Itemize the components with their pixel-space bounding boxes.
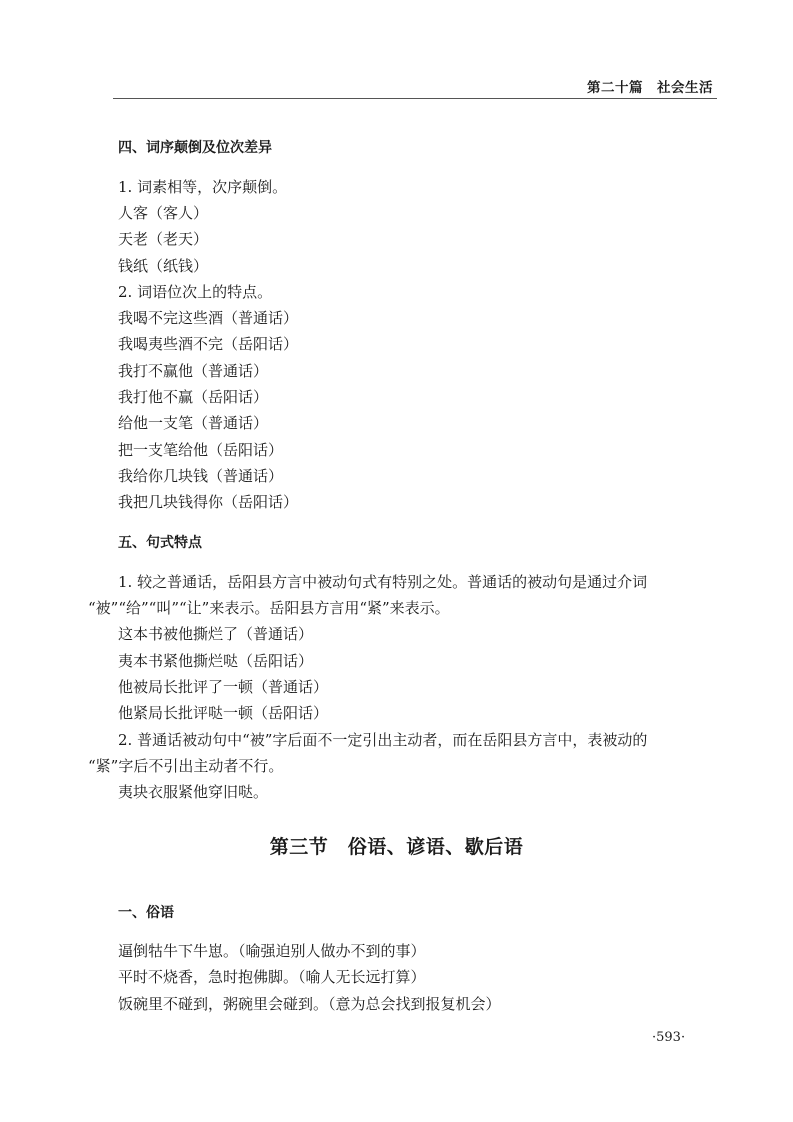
paragraph-line: 2. 普通话被动句中“被”字后面不一定引出主动者，而在岳阳县方言中，表被动的 [118, 730, 647, 750]
paragraph-line: 1. 较之普通话，岳阳县方言中被动句式有特别之处。普通话的被动句是通过介词 [118, 572, 647, 592]
text-line: 我把几块钱得你（岳阳话） [118, 492, 298, 512]
proverb-line: 平时不烧香，急时抱佛脚。（喻人无长远打算） [118, 967, 426, 987]
text-line: 钱纸（纸钱） [118, 256, 208, 276]
text-line: 我打不赢他（普通话） [118, 361, 268, 381]
paragraph-line: “被”“给”“叫”“让”来表示。岳阳县方言用“紧”来表示。 [88, 598, 450, 618]
text-line: 我喝不完这些酒（普通话） [118, 308, 298, 328]
heading-proverbs: 一、俗语 [118, 903, 174, 923]
text-line: 他紧局长批评哒一顿（岳阳话） [118, 703, 328, 723]
text-line: 夷本书紧他撕烂哒（岳阳话） [118, 651, 313, 671]
running-title: 第二十篇 社会生活 [587, 76, 713, 96]
text-line: 1. 词素相等，次序颠倒。 [118, 177, 287, 197]
page-number: ·593· [652, 1030, 685, 1045]
text-line: 我打他不赢（岳阳话） [118, 387, 268, 407]
text-line: 这本书被他撕烂了（普通话） [118, 624, 313, 644]
heading-sec5: 五、句式特点 [118, 533, 202, 553]
text-line: 天老（老天） [118, 229, 208, 249]
paragraph-line: “紧”字后不引出主动者不行。 [88, 756, 283, 776]
text-line: 他被局长批评了一顿（普通话） [118, 677, 328, 697]
heading-sec4: 四、词序颠倒及位次差异 [118, 138, 272, 158]
text-line: 我喝夷些酒不完（岳阳话） [118, 334, 298, 354]
text-line: 我给你几块钱（普通话） [118, 466, 283, 486]
proverb-line: 饭碗里不碰到，粥碗里会碰到。（意为总会找到报复机会） [118, 994, 501, 1014]
text-line: 夷块衣服紧他穿旧哒。 [118, 782, 268, 802]
text-line: 给他一支笔（普通话） [118, 413, 268, 433]
text-line: 2. 词语位次上的特点。 [118, 282, 272, 302]
section-title: 第三节 俗语、谚语、歇后语 [0, 832, 793, 859]
text-line: 人客（客人） [118, 203, 208, 223]
text-line: 把一支笔给他（岳阳话） [118, 440, 283, 460]
proverb-line: 逼倒牯牛下牛崽。（喻强迫别人做办不到的事） [118, 941, 426, 961]
running-header: 第二十篇 社会生活 [113, 76, 717, 99]
